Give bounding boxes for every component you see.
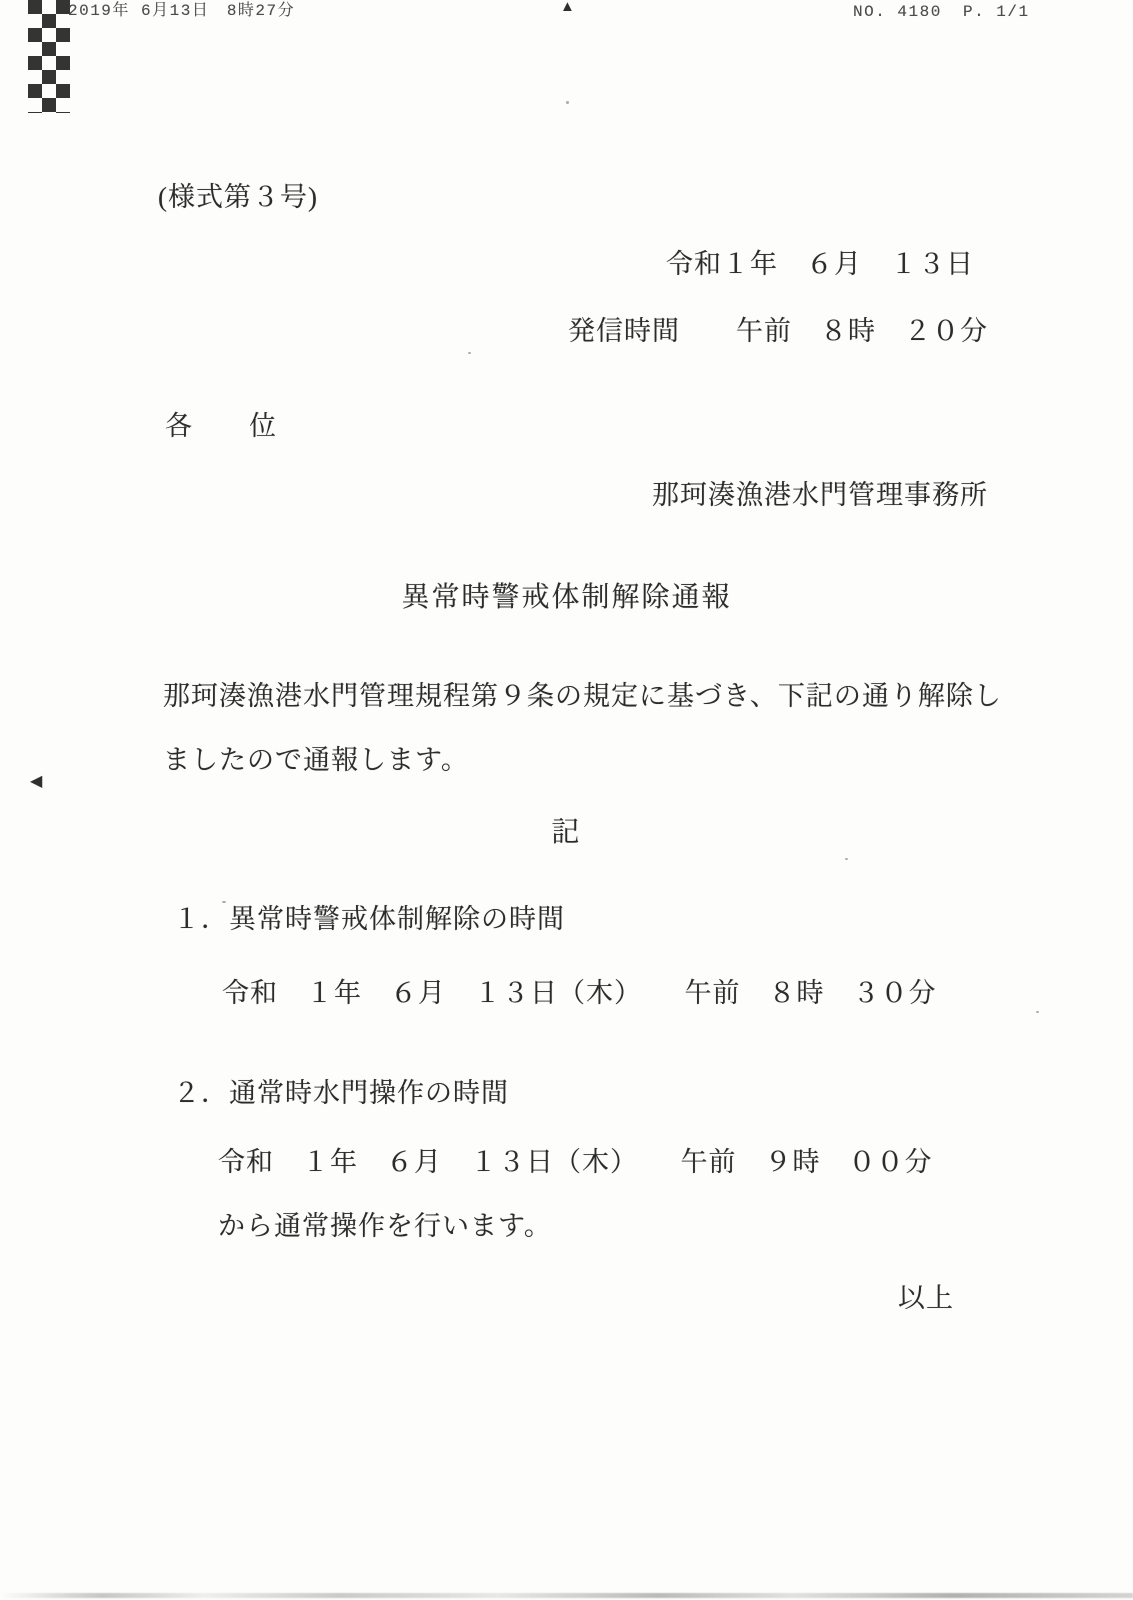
ki-separator: 記: [551, 819, 581, 847]
scan-speck: [468, 352, 471, 354]
closing-label: 以上: [898, 1285, 954, 1312]
scanned-fax-page: 2019年 6月13日 8時27分 ▲ NO. 4180 P. 1/1 ◀ (様…: [0, 0, 1133, 1600]
page-top-marker-icon: ▲: [560, 0, 575, 15]
form-number-label: (様式第３号): [158, 184, 318, 211]
issue-date: 令和１年 ６月 １３日: [666, 251, 974, 278]
item-2-note: から通常操作を行います。: [218, 1213, 552, 1240]
sender-office-name: 那珂湊漁港水門管理事務所: [652, 482, 988, 509]
scan-speck: [222, 901, 226, 903]
send-time-line: 発信時間 午前 ８時 ２０分: [568, 318, 988, 345]
fax-header-datetime: 2019年 6月13日 8時27分: [68, 3, 295, 19]
fax-header-page-number: P. 1/1: [963, 4, 1030, 20]
item-2-heading: ２．通常時水門操作の時間: [173, 1080, 509, 1107]
scan-speck: [1036, 1011, 1039, 1013]
bottom-scan-edge: [0, 1593, 1133, 1598]
body-paragraph-line-2: ましたので通報します。: [163, 747, 469, 774]
fax-edge-checker-mark: [28, 0, 70, 113]
item-1-heading: １．異常時警戒体制解除の時間: [173, 906, 565, 933]
recipient-line: 各 位: [165, 413, 277, 440]
scan-speck: [566, 101, 569, 104]
scan-speck: [845, 858, 848, 860]
item-2-datetime: 令和 １年 ６月 １３日（木） 午前 ９時 ００分: [218, 1149, 933, 1176]
left-margin-marker-icon: ◀: [30, 774, 42, 790]
item-1-datetime: 令和 １年 ６月 １３日（木） 午前 ８時 ３０分: [222, 980, 937, 1007]
document-title: 異常時警戒体制解除通報: [401, 584, 731, 612]
body-paragraph-line-1: 那珂湊漁港水門管理規程第９条の規定に基づき、下記の通り解除し: [163, 683, 1002, 710]
fax-header-doc-number: NO. 4180: [853, 4, 942, 20]
